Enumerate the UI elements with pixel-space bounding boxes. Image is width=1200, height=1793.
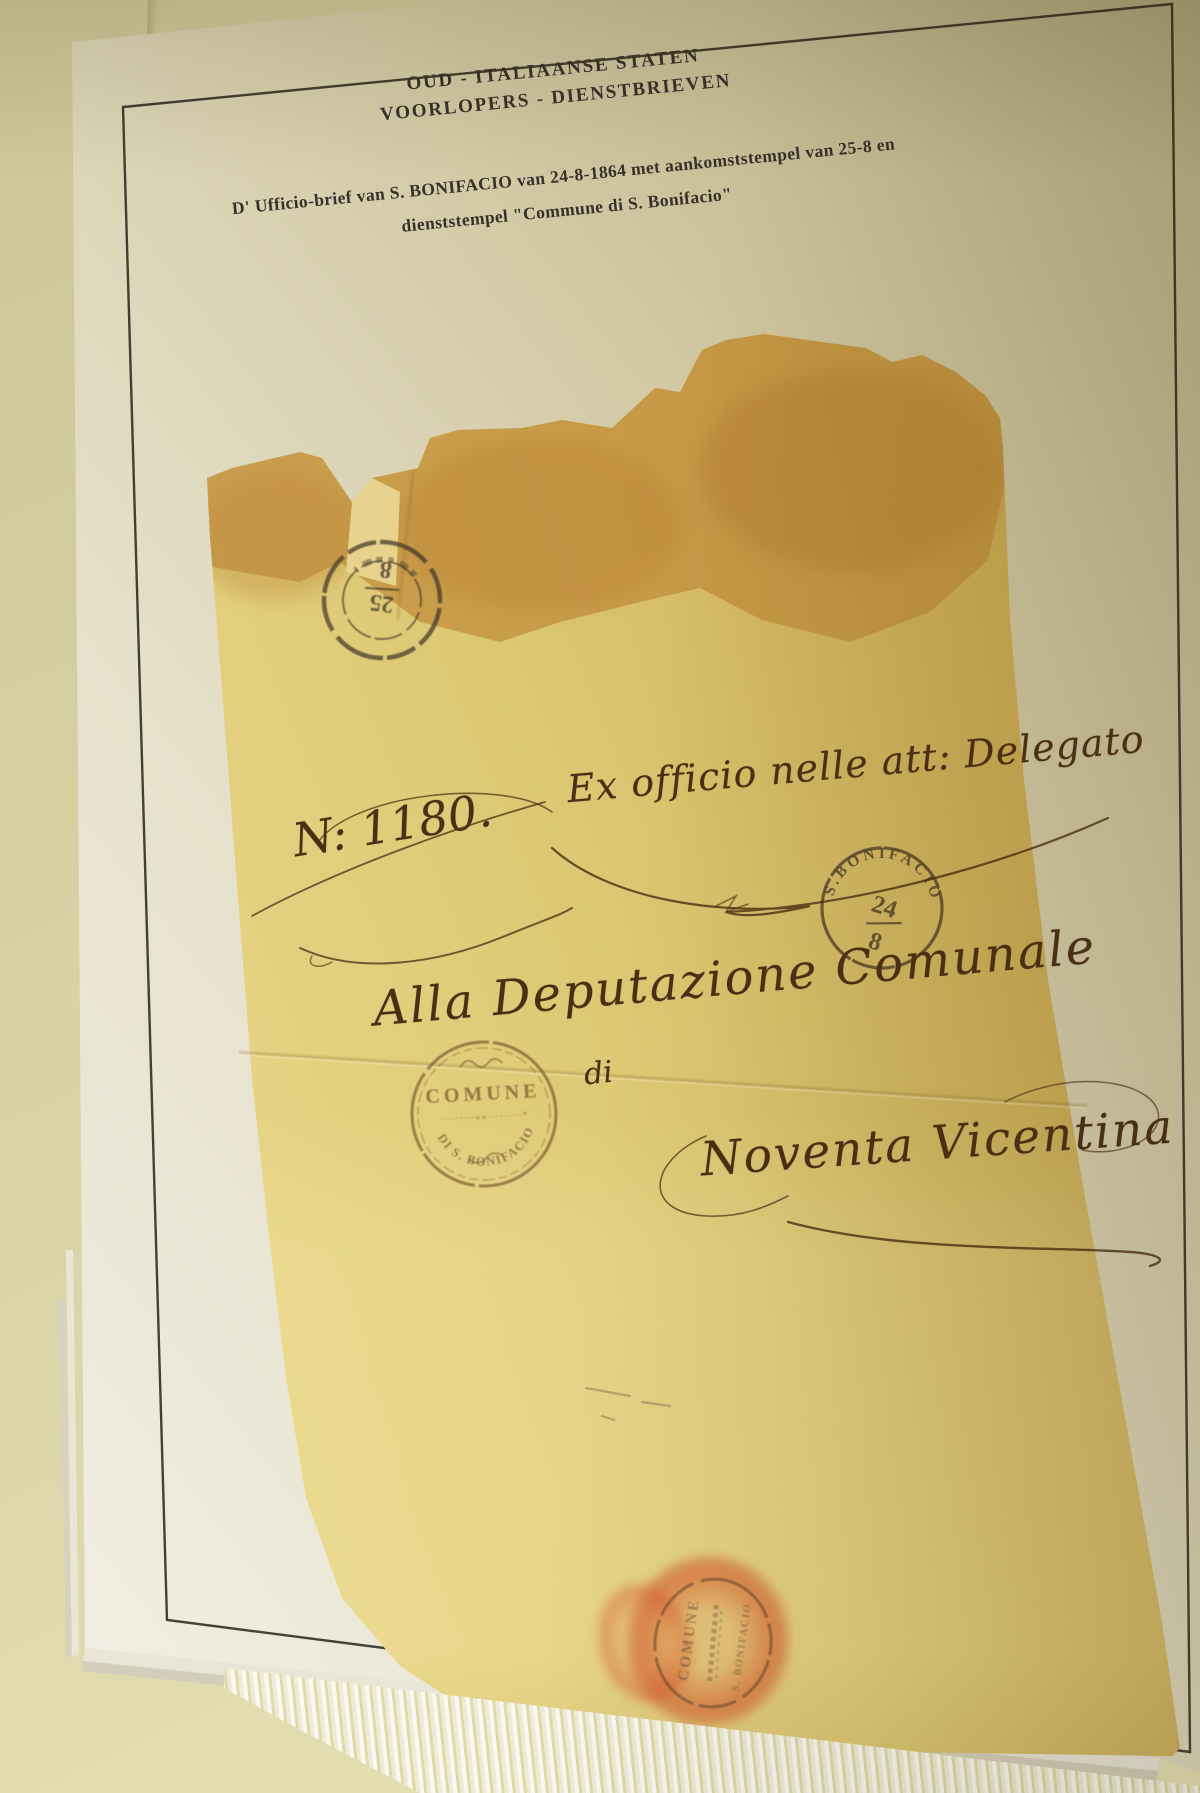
- manuscript-preposition: di: [582, 1055, 614, 1093]
- photo-of-album-page: OUD - ITALIAANSE STATEN VOORLOPERS - DIE…: [0, 0, 1200, 1793]
